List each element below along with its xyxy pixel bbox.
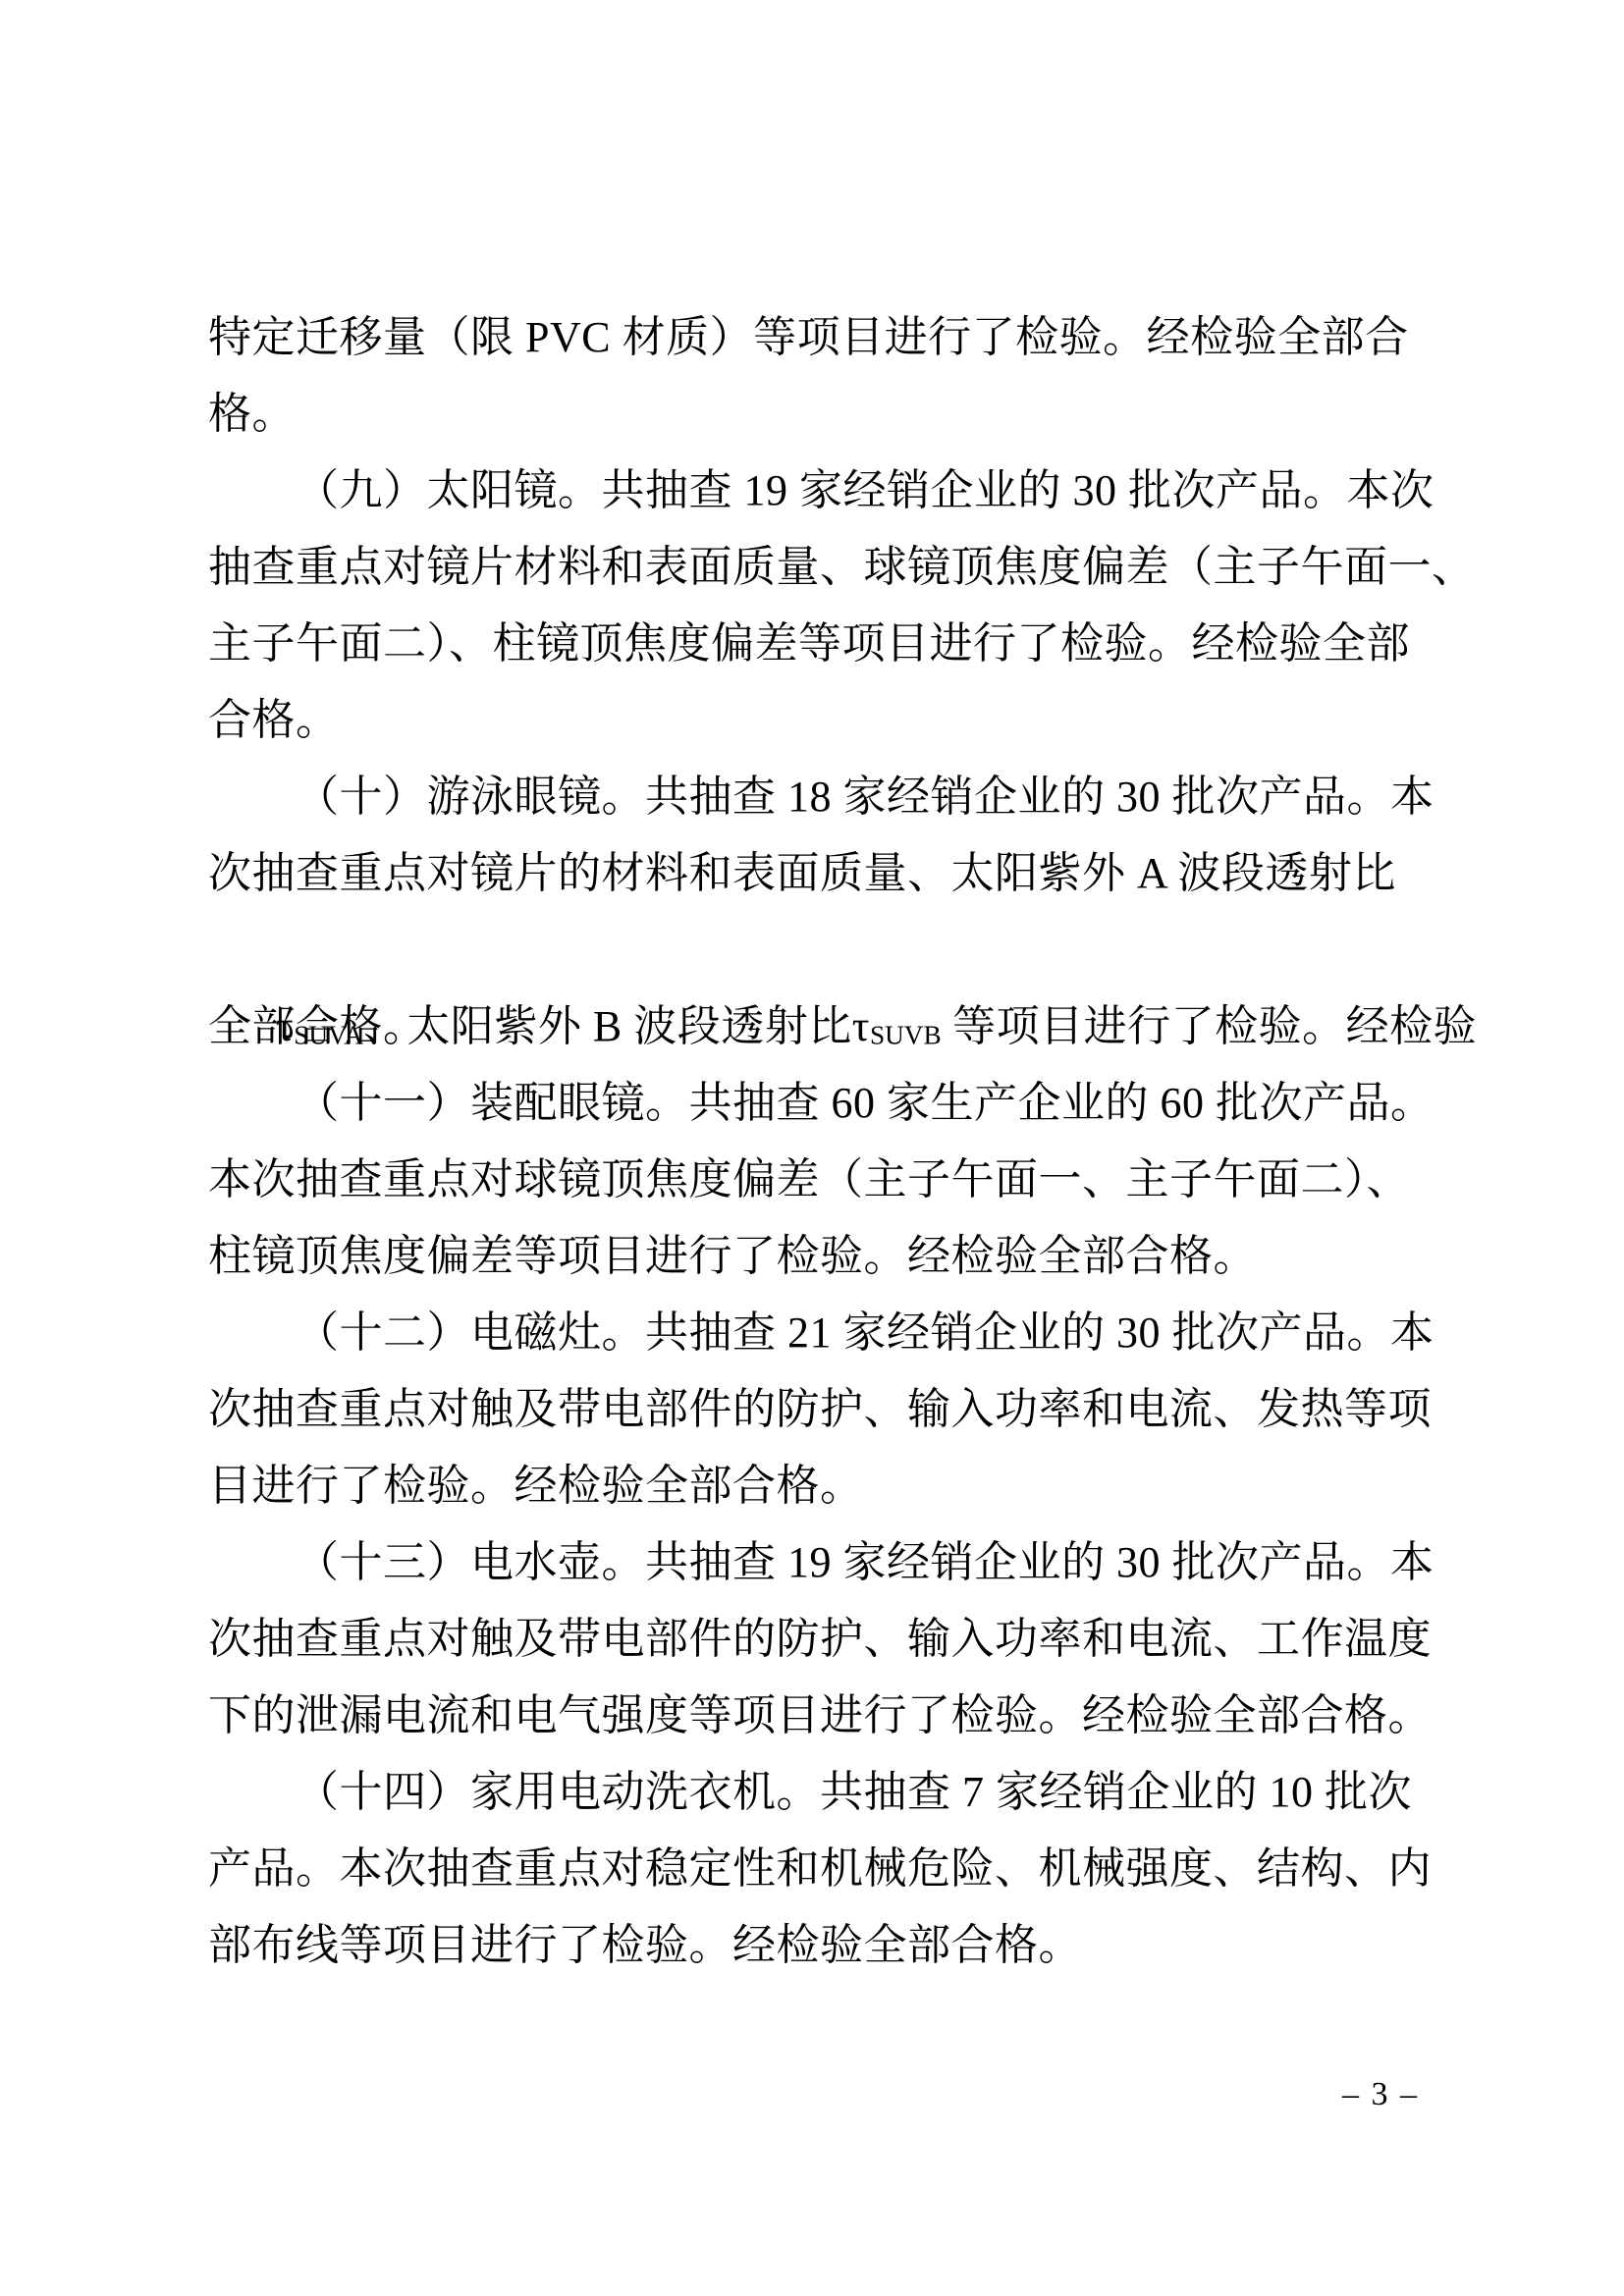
- text-line: 柱镜顶焦度偏差等项目进行了检验。经检验全部合格。: [208, 1218, 1421, 1295]
- paragraph-start-line: （十四）家用电动洗衣机。共抽查 7 家经销企业的 10 批次: [208, 1754, 1421, 1831]
- text-line-with-subscripts: τSUVA、太阳紫外 B 波段透射比τSUVB 等项目进行了检验。经检验: [208, 912, 1421, 988]
- text-line: 本次抽查重点对球镜顶焦度偏差（主子午面一、主子午面二）、: [208, 1142, 1421, 1218]
- text-line: 次抽查重点对触及带电部件的防护、输入功率和电流、工作温度: [208, 1601, 1421, 1678]
- paragraph-start-line: （十三）电水壶。共抽查 19 家经销企业的 30 批次产品。本: [208, 1524, 1421, 1601]
- text-line: 部布线等项目进行了检验。经检验全部合格。: [208, 1907, 1421, 1984]
- paragraph-start-line: （十二）电磁灶。共抽查 21 家经销企业的 30 批次产品。本: [208, 1295, 1421, 1371]
- text-line: 格。: [208, 376, 1421, 453]
- subscript-suvb: SUVB: [870, 1020, 942, 1049]
- text-line: 合格。: [208, 682, 1421, 759]
- paragraph-start-line: （十一）装配眼镜。共抽查 60 家生产企业的 60 批次产品。: [208, 1065, 1421, 1142]
- text-line: 主子午面二）、柱镜顶焦度偏差等项目进行了检验。经检验全部: [208, 606, 1421, 682]
- text-segment: 、太阳紫外 B 波段透射比τ: [363, 1002, 870, 1050]
- document-body: 特定迁移量（限 PVC 材质）等项目进行了检验。经检验全部合 格。 （九）太阳镜…: [208, 299, 1421, 1984]
- text-line: 目进行了检验。经检验全部合格。: [208, 1448, 1421, 1524]
- document-page: 特定迁移量（限 PVC 材质）等项目进行了检验。经检验全部合 格。 （九）太阳镜…: [0, 0, 1624, 2296]
- paragraph-start-line: （十）游泳眼镜。共抽查 18 家经销企业的 30 批次产品。本: [208, 759, 1421, 835]
- text-line: 次抽查重点对镜片的材料和表面质量、太阳紫外 A 波段透射比: [208, 835, 1421, 912]
- text-line: 下的泄漏电流和电气强度等项目进行了检验。经检验全部合格。: [208, 1678, 1421, 1754]
- page-number: – 3 –: [1342, 2073, 1419, 2116]
- paragraph-start-line: （九）太阳镜。共抽查 19 家经销企业的 30 批次产品。本次: [208, 453, 1421, 529]
- text-line: 产品。本次抽查重点对稳定性和机械危险、机械强度、结构、内: [208, 1831, 1421, 1907]
- text-line: 特定迁移量（限 PVC 材质）等项目进行了检验。经检验全部合: [208, 299, 1421, 376]
- text-segment: 等项目进行了检验。经检验: [942, 1002, 1478, 1050]
- text-line: 抽查重点对镜片材料和表面质量、球镜顶焦度偏差（主子午面一、: [208, 529, 1421, 606]
- text-line: 次抽查重点对触及带电部件的防护、输入功率和电流、发热等项: [208, 1371, 1421, 1448]
